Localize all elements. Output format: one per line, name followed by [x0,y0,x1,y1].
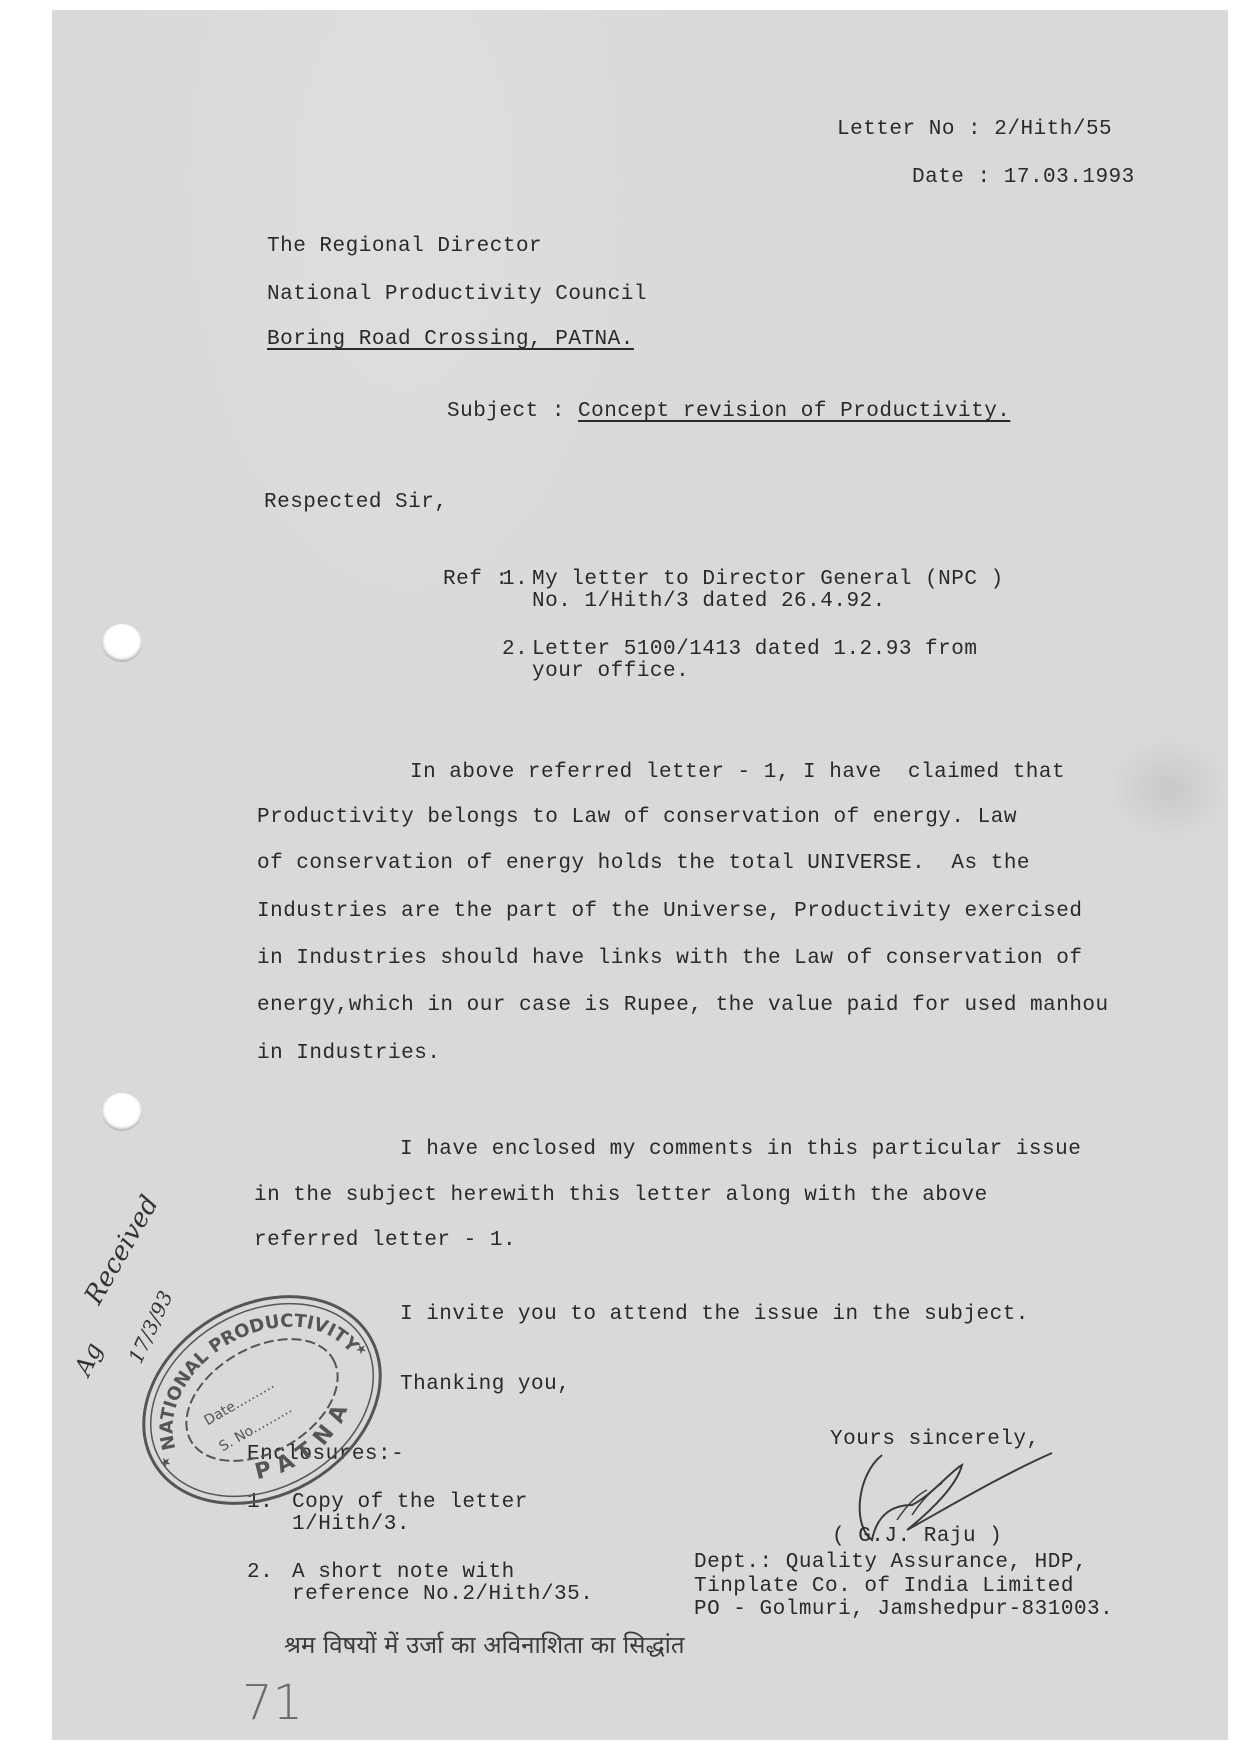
punch-hole [102,1093,142,1131]
address-line-3: Boring Road Crossing, PATNA. [267,328,634,352]
punch-hole [102,624,142,662]
address-line-2: National Productivity Council [267,283,647,307]
salutation: Respected Sir, [264,491,447,515]
ref-1-line1: My letter to Director General (NPC ) [532,568,1004,592]
para3: I invite you to attend the issue in the … [400,1303,1029,1327]
letter-page: Letter No : 2/Hith/55 Date : 17.03.1993 … [52,10,1228,1740]
signatory-dept: Dept.: Quality Assurance, HDP, [694,1551,1087,1575]
para1-line: Industries are the part of the Universe,… [257,900,1082,924]
enclosure-1-line2: 1/Hith/3. [292,1513,410,1537]
ref-1-num: 1. [502,568,528,592]
ref-2-num: 2. [502,638,528,662]
signatory-name: ( G.J. Raju ) [832,1525,1002,1549]
subject-line: Subject : Concept revision of Productivi… [447,400,1010,424]
para2-line: in the subject herewith this letter alon… [254,1184,988,1208]
ref-2-line1: Letter 5100/1413 dated 1.2.93 from [532,638,977,662]
para1-line: in Industries should have links with the… [257,947,1082,971]
ref-label: Ref : [443,568,509,592]
ref-2-line2: your office. [532,660,689,684]
ref-1-line2: No. 1/Hith/3 dated 26.4.92. [532,590,886,614]
para1-line: energy,which in our case is Rupee, the v… [257,994,1109,1018]
signatory-company: Tinplate Co. of India Limited [694,1575,1074,1599]
para1-line: Productivity belongs to Law of conservat… [257,806,1017,830]
para1-line: in Industries. [257,1042,440,1066]
page-number: 71 [242,1675,303,1731]
hindi-subject-line: श्रम विषयों में उर्जा का अविनाशिता का सि… [284,1628,685,1661]
letter-date: Date : 17.03.1993 [912,166,1135,190]
letter-number: Letter No : 2/Hith/55 [837,118,1112,142]
subject-label: Subject : [447,400,565,423]
enclosure-2-line2: reference No.2/Hith/35. [292,1583,593,1607]
thanks: Thanking you, [400,1373,570,1397]
enclosure-2-num: 2. [247,1561,273,1585]
para1-line: In above referred letter - 1, I have cla… [410,761,1065,785]
enclosure-2-line1: A short note with [292,1561,515,1585]
handwritten-received: Received [79,1191,165,1310]
signatory-address: PO - Golmuri, Jamshedpur-831003. [694,1598,1113,1622]
handwritten-initials: Ag [69,1338,108,1379]
enclosure-1-line1: Copy of the letter [292,1491,528,1515]
para2-line: referred letter - 1. [254,1229,516,1253]
address-line-1: The Regional Director [267,235,542,259]
subject-text: Concept revision of Productivity. [578,400,1010,423]
para1-line: of conservation of energy holds the tota… [257,852,1030,876]
para2-line: I have enclosed my comments in this part… [400,1138,1081,1162]
